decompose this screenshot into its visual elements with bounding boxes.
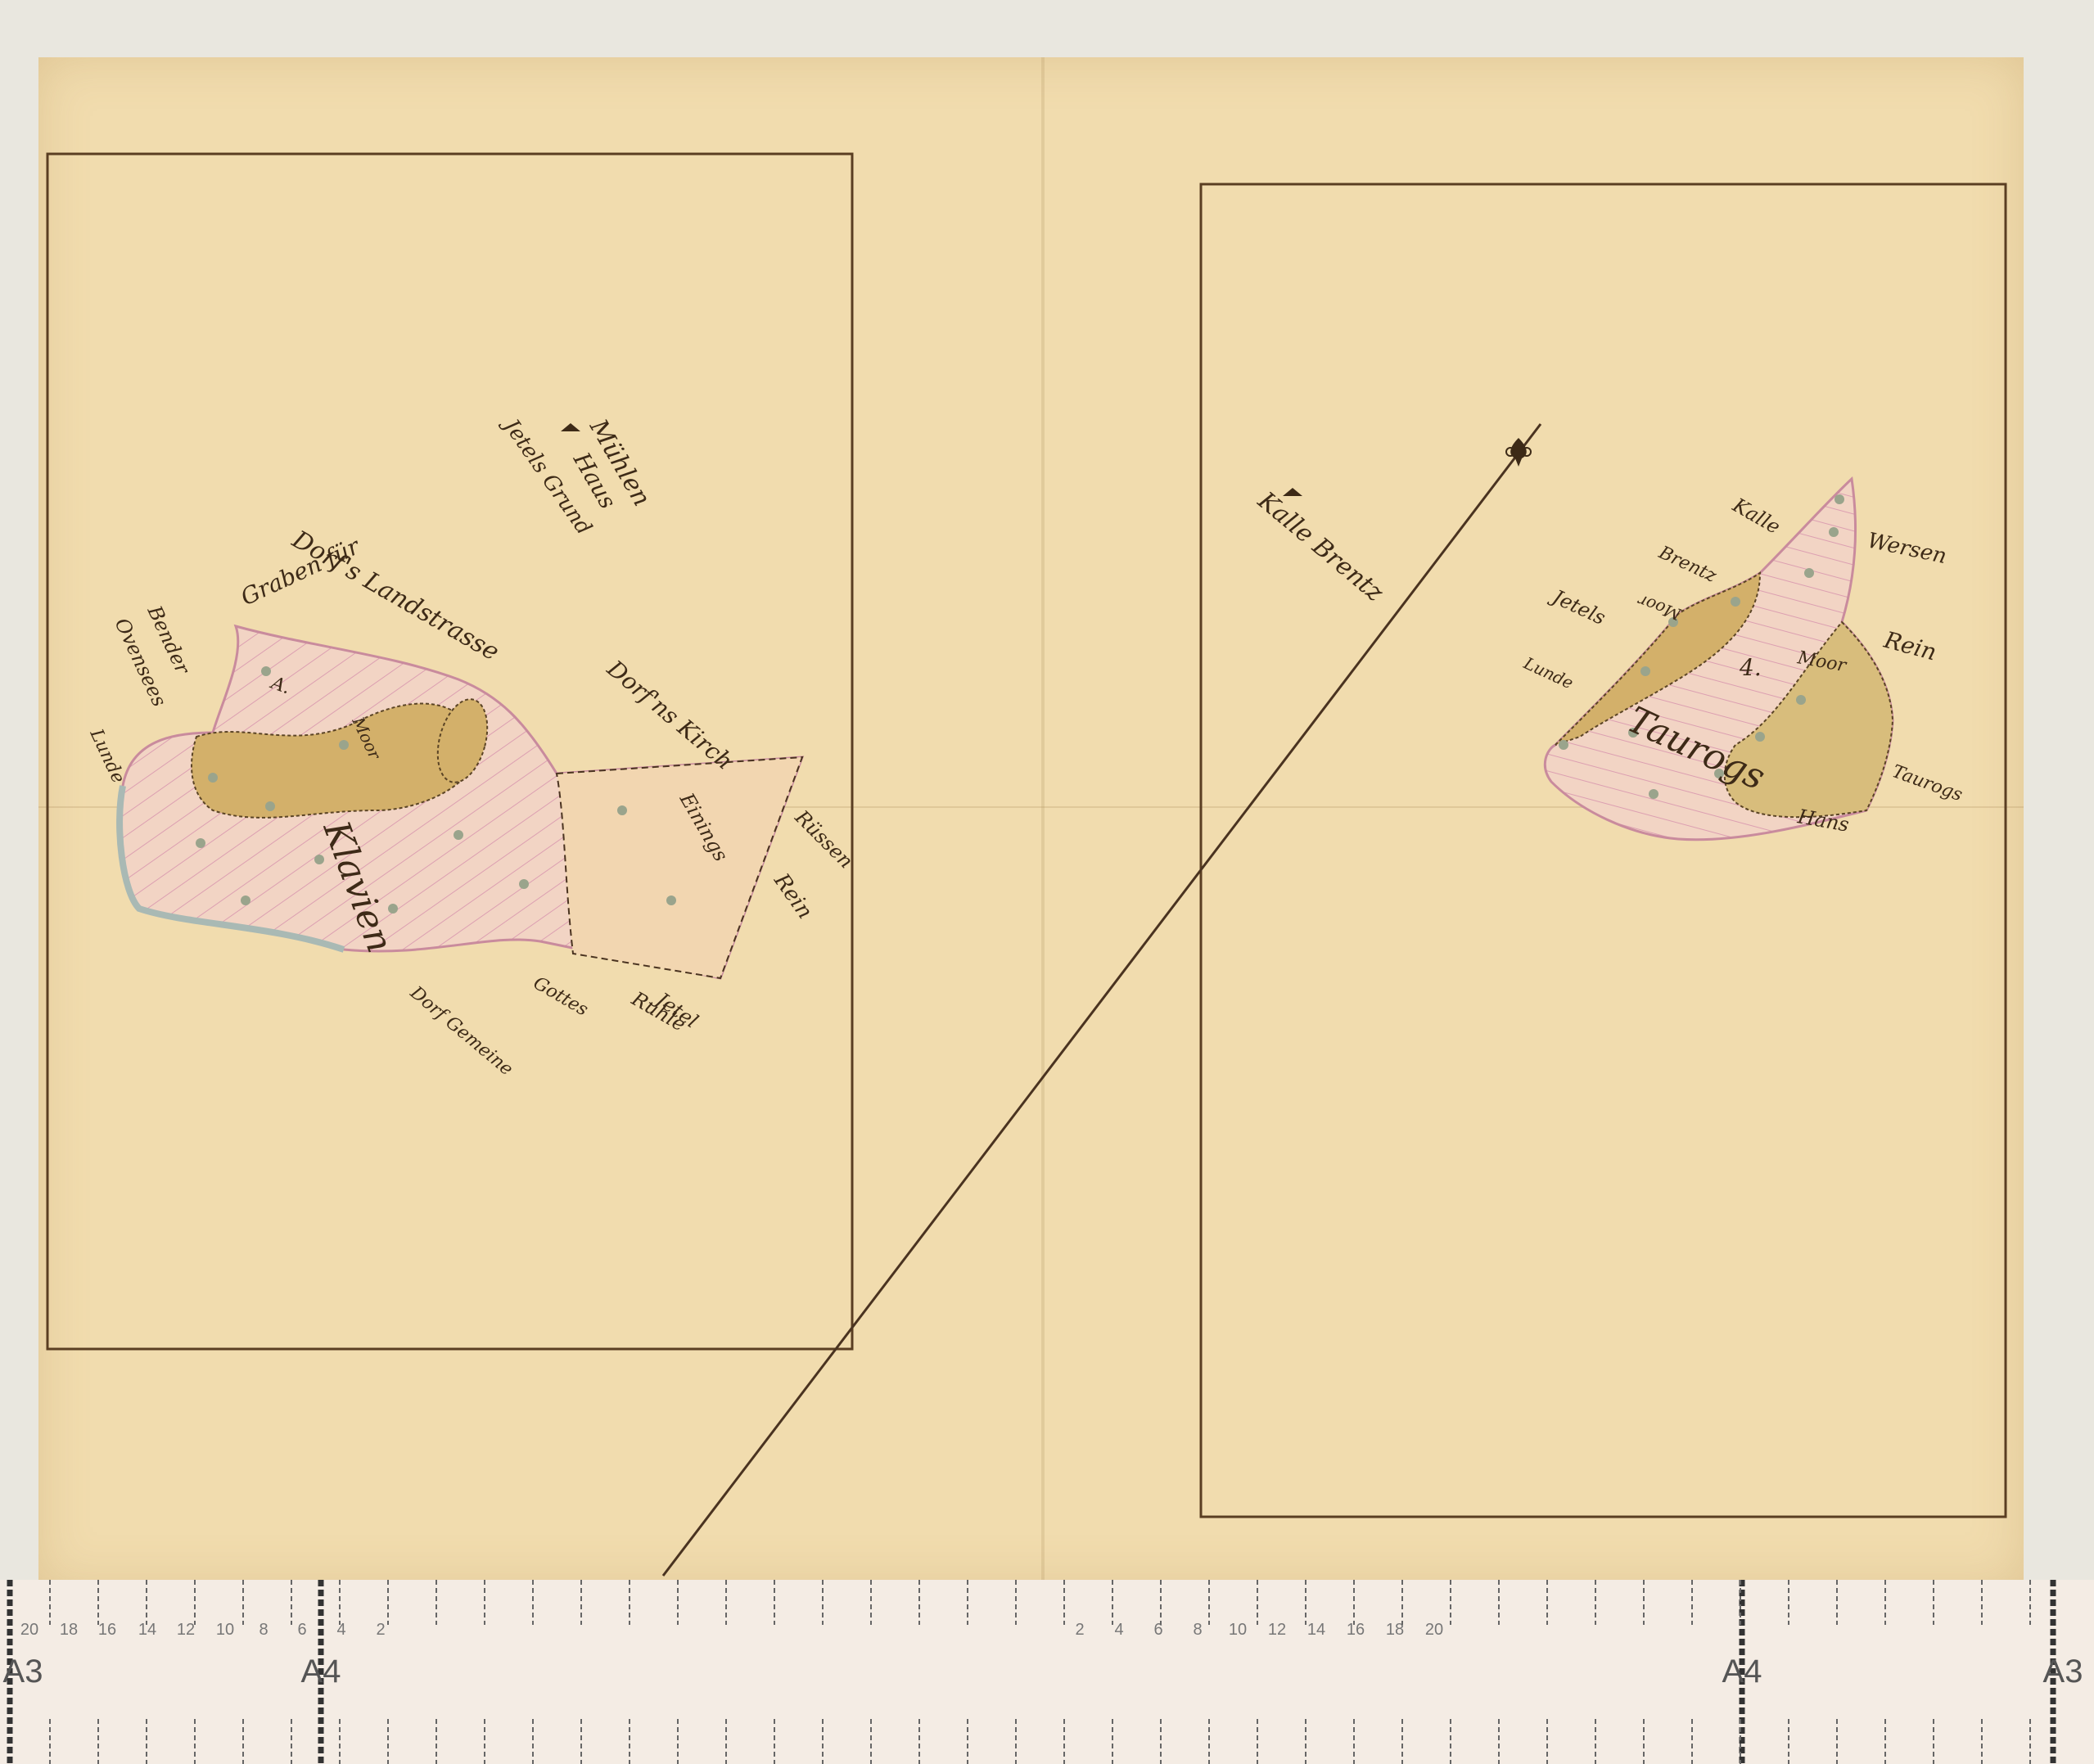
label-brentz: Brentz: [1655, 542, 1720, 587]
ruler-tick: [1546, 1719, 1548, 1764]
ruler-tick: [774, 1580, 775, 1625]
ruler-tick: [774, 1719, 775, 1764]
ruler-tick: [677, 1580, 679, 1625]
ruler-tick: [242, 1580, 244, 1625]
ruler-tick: [1836, 1580, 1838, 1625]
ruler-tick: [1450, 1580, 1451, 1625]
label-kalle: Kalle: [1728, 493, 1784, 539]
ruler-tick: [629, 1719, 630, 1764]
ruler-tick: [580, 1719, 582, 1764]
ruler-number: 2: [1075, 1621, 1084, 1640]
ruler-number: 14: [1307, 1621, 1325, 1640]
ruler-tick: [1015, 1580, 1017, 1625]
ruler-tick: [629, 1580, 630, 1625]
ruler-number: 12: [1268, 1621, 1286, 1640]
ruler-number: 10: [216, 1621, 234, 1640]
ruler-number: 20: [20, 1621, 38, 1640]
ruler-tick: [97, 1580, 99, 1625]
ruler-tick: [1740, 1719, 1741, 1764]
ruler-tick: [870, 1719, 872, 1764]
ruler-number: 16: [98, 1621, 116, 1640]
ruler-tick: [1112, 1719, 1113, 1764]
ruler-tick: [967, 1719, 968, 1764]
ruler-tick: [1691, 1580, 1693, 1625]
ruler-tick: [1160, 1580, 1162, 1625]
ruler-tick: [1788, 1719, 1789, 1764]
label-wersen: Wersen: [1866, 529, 1949, 570]
ruler-tick: [822, 1580, 824, 1625]
label-parcel-number: 4.: [1739, 654, 1762, 681]
ruler-tick: [1063, 1719, 1065, 1764]
ruler-tick: [1691, 1719, 1693, 1764]
ruler-tick: [1305, 1719, 1306, 1764]
ruler-tick: [1160, 1719, 1162, 1764]
label-kirch: Dorf'ns Kirch: [602, 654, 738, 774]
ruler-tick: [2029, 1719, 2031, 1764]
label-lunde-right: Lunde: [1520, 652, 1577, 693]
ruler-number: 20: [1425, 1621, 1443, 1640]
ruler-tick: [339, 1719, 341, 1764]
ruler-tick: [2029, 1580, 2031, 1625]
ruler-number: 8: [1193, 1621, 1202, 1640]
ruler-tick: [1208, 1719, 1210, 1764]
ruler-tick: [435, 1719, 437, 1764]
ruler-tick: [1353, 1719, 1355, 1764]
ruler-tick: [387, 1719, 389, 1764]
ruler-number: 6: [297, 1621, 306, 1640]
map-drawing: Mühlen Haus Jetels Grund Dorf's Landstra…: [0, 0, 2094, 1764]
label-rein-right: Rein: [1880, 626, 1939, 666]
ruler-tick: [1450, 1719, 1451, 1764]
ruler-format-a3-right: A3: [2043, 1653, 2083, 1690]
ruler-tick: [1546, 1580, 1548, 1625]
ruler-tick: [1643, 1580, 1645, 1625]
ruler-tick: [1740, 1580, 1741, 1625]
ruler-tick: [1788, 1580, 1789, 1625]
ruler-tick: [1933, 1580, 1934, 1625]
ruler-tick: [1401, 1719, 1403, 1764]
ruler-tick: [677, 1719, 679, 1764]
ruler-tick: [484, 1719, 485, 1764]
ruler-number: 14: [138, 1621, 156, 1640]
ruler-tick: [1981, 1719, 1983, 1764]
ruler-tick: [97, 1719, 99, 1764]
ruler-tick: [918, 1580, 920, 1625]
ruler-tick: [1836, 1719, 1838, 1764]
ruler-tick: [387, 1580, 389, 1625]
label-jetels: Jetels: [1546, 584, 1609, 629]
ruler-tick: [49, 1580, 51, 1625]
ruler-tick: [1933, 1719, 1934, 1764]
ruler-number: 16: [1347, 1621, 1365, 1640]
ruler-format-a4-left: A4: [301, 1653, 341, 1690]
ruler-tick: [194, 1719, 196, 1764]
ruler-tick: [1643, 1719, 1645, 1764]
ruler-tick: [1401, 1580, 1403, 1625]
ruler-tick: [1208, 1580, 1210, 1625]
ruler-number: 4: [1114, 1621, 1123, 1640]
ruler-tick: [1063, 1580, 1065, 1625]
ruler-tick: [532, 1580, 534, 1625]
label-lunde: Lunde: [85, 725, 129, 787]
ruler-tick: [725, 1719, 727, 1764]
ruler-tick: [435, 1580, 437, 1625]
label-gottes: Gottes: [530, 973, 592, 1021]
ruler-tick: [1305, 1580, 1306, 1625]
ruler-tick: [1884, 1719, 1886, 1764]
ruler-tick: [291, 1580, 292, 1625]
ruler-tick: [1353, 1580, 1355, 1625]
label-kalle-brentz: Kalle Brentz: [1252, 486, 1389, 607]
ruler-tick: [1498, 1719, 1500, 1764]
ruler-tick: [822, 1719, 824, 1764]
ruler-tick: [1981, 1580, 1983, 1625]
ruler-tick: [725, 1580, 727, 1625]
ruler-tick: [339, 1580, 341, 1625]
ruler-tick: [1257, 1719, 1258, 1764]
ruler-tick: [291, 1719, 292, 1764]
ruler-tick: [532, 1719, 534, 1764]
label-russen: Rüssen: [790, 805, 858, 873]
scale-ruler: 20 18 16 14 12 10 8 6 4 2 2 4 6 8 10 12 …: [0, 1580, 2094, 1764]
ruler-tick: [1595, 1580, 1596, 1625]
ruler-tick: [146, 1719, 147, 1764]
ruler-tick: [1112, 1580, 1113, 1625]
ruler-number: 10: [1229, 1621, 1247, 1640]
ruler-tick: [194, 1580, 196, 1625]
ruler-tick: [1498, 1580, 1500, 1625]
ruler-tick: [870, 1580, 872, 1625]
ruler-tick: [580, 1580, 582, 1625]
label-dorf-gemeine: Dorf Gemeine: [405, 982, 517, 1081]
label-rein-left: Rein: [769, 868, 818, 923]
ruler-tick: [1884, 1580, 1886, 1625]
ruler-tick: [1257, 1580, 1258, 1625]
right-panel-frame: [1201, 184, 2006, 1517]
ruler-tick: [49, 1719, 51, 1764]
ruler-number: 8: [259, 1621, 268, 1640]
ruler-tick: [1015, 1719, 1017, 1764]
ruler-number: 18: [60, 1621, 78, 1640]
ruler-tick: [1595, 1719, 1596, 1764]
label-moor-1: Moor: [1634, 590, 1684, 625]
ruler-format-a3-left: A3: [3, 1653, 43, 1690]
house-icon: [561, 423, 580, 431]
ruler-tick: [484, 1580, 485, 1625]
ruler-tick: [918, 1719, 920, 1764]
ruler-tick: [967, 1580, 968, 1625]
meridian-line: [663, 424, 1541, 1576]
ruler-format-a4-right: A4: [1722, 1653, 1762, 1690]
ruler-tick: [242, 1719, 244, 1764]
ruler-tick: [146, 1580, 147, 1625]
ruler-number: 2: [376, 1621, 385, 1640]
house-icon: [1283, 488, 1302, 496]
ruler-number: 12: [177, 1621, 195, 1640]
label-taurogs-right: Taurogs: [1889, 761, 1965, 805]
